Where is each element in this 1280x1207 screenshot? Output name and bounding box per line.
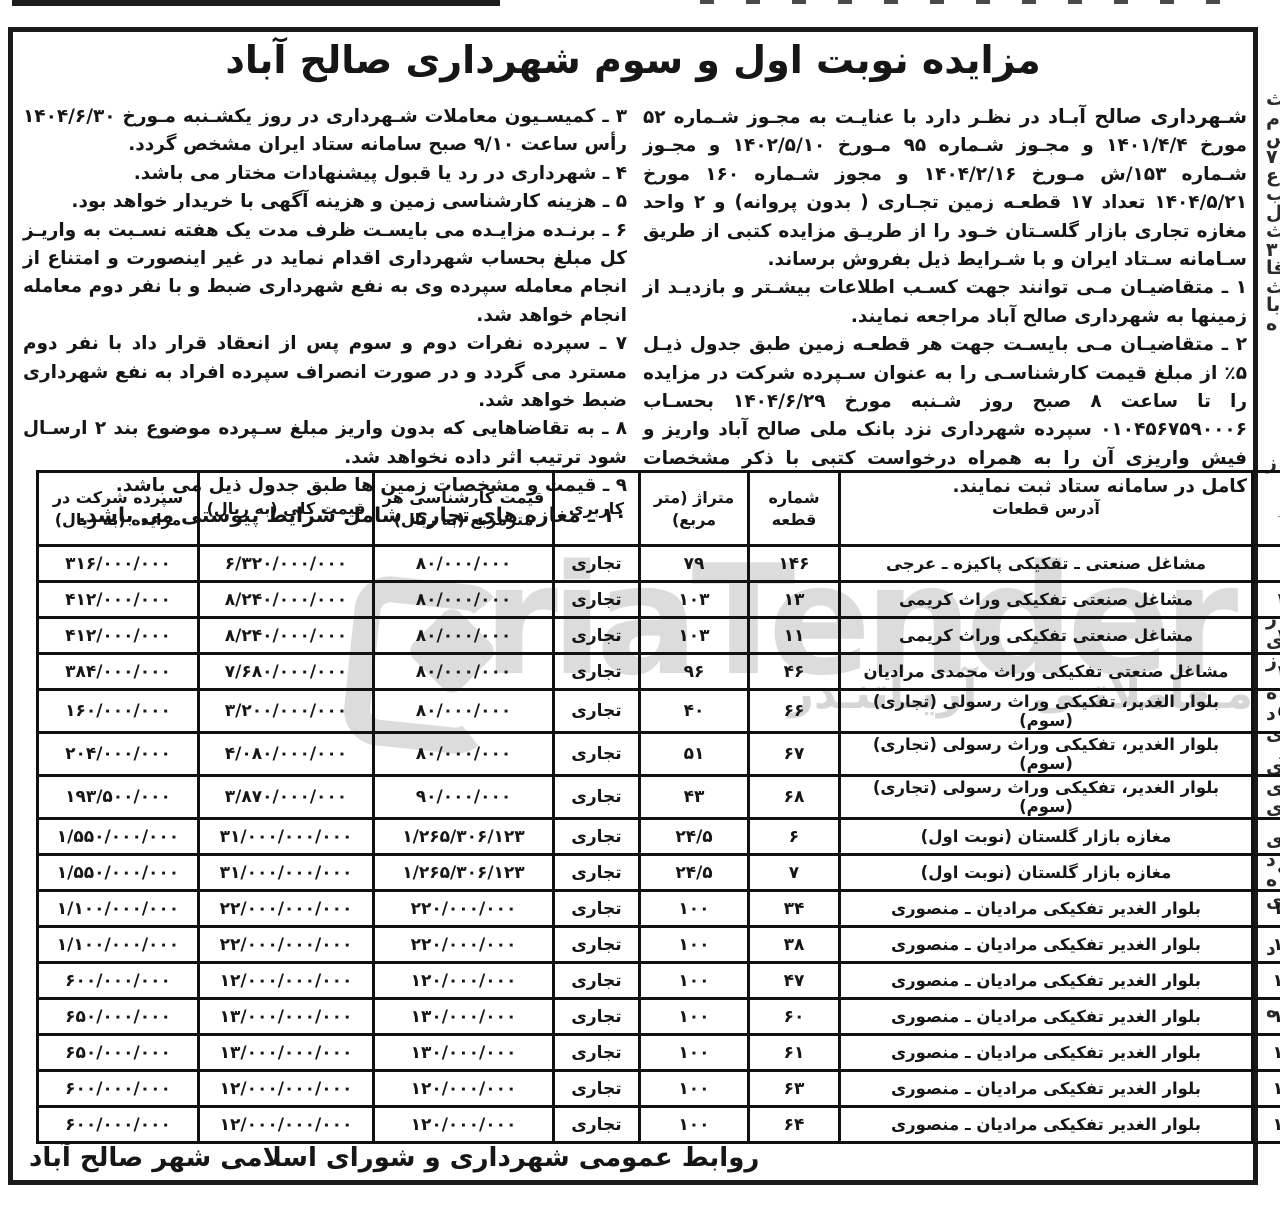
table-cell: ۱۱ [1253, 927, 1280, 963]
table-cell: ۱۲/۰۰۰/۰۰۰/۰۰۰ [199, 1071, 374, 1107]
table-header-address: آدرس قطعات [840, 472, 1253, 546]
table-cell: تجاری [554, 733, 640, 776]
table-row: ۱مشاغل صنعتی ـ تفکیکی پاکیزه ـ عرجی۱۴۶۷۹… [38, 546, 1280, 582]
table-cell: ۶۱ [749, 1035, 840, 1071]
table-cell: تجاری [554, 1071, 640, 1107]
condition-item-5: ۵ ـ هزینه کارشناسی زمین و هزینه آگهی با … [23, 188, 627, 216]
table-row: ۱۶بلوار الغدیر تفکیکی مرادیان ـ منصوری۶۴… [38, 1107, 1280, 1143]
table-header-plot-number: شماره قطعه [749, 472, 840, 546]
condition-item-1: ۱ ـ متقاضیـان مـی توانند جهت کسـب اطلاعا… [643, 274, 1247, 331]
table-cell: ۸۰/۰۰۰/۰۰۰ [374, 582, 554, 618]
table-row: ۷بلوار الغدیر، تفکیکی وراث رسولی (تجاری)… [38, 776, 1280, 819]
table-cell: ۲۲۰/۰۰۰/۰۰۰ [374, 891, 554, 927]
table-cell: ۱۶۰/۰۰۰/۰۰۰ [38, 690, 199, 733]
table-cell: ۵ [1253, 690, 1280, 733]
table-cell: ۱۰۰ [640, 963, 749, 999]
condition-item-4: ۴ ـ شهرداری در رد یا قبول پیشنهادات مختا… [23, 160, 627, 188]
table-row: ۴مشاغل صنعتی تفکیکی وراث محمدی مرادیان۴۶… [38, 654, 1280, 690]
table-cell: مغازه بازار گلستان (نوبت اول) [840, 855, 1253, 891]
table-cell: ۱۲۰/۰۰۰/۰۰۰ [374, 1107, 554, 1143]
table-cell: بلوار الغدیر تفکیکی مرادیان ـ منصوری [840, 999, 1253, 1035]
table-row: ۵بلوار الغدیر، تفکیکی وراث رسولی (تجاری)… [38, 690, 1280, 733]
table-row: ۶بلوار الغدیر، تفکیکی وراث رسولی (تجاری)… [38, 733, 1280, 776]
table-cell: ۳۸ [749, 927, 840, 963]
table-cell: ۱۳۰/۰۰۰/۰۰۰ [374, 1035, 554, 1071]
table-cell: بلوار الغدیر تفکیکی مرادیان ـ منصوری [840, 927, 1253, 963]
table-cell: ۶ [1253, 733, 1280, 776]
table-cell: تجاری [554, 654, 640, 690]
table-cell: ۶ [749, 819, 840, 855]
table-cell: ۳۱/۰۰۰/۰۰۰/۰۰۰ [199, 855, 374, 891]
table-cell: ۲۲/۰۰۰/۰۰۰/۰۰۰ [199, 891, 374, 927]
table-row: ۱۱بلوار الغدیر تفکیکی مرادیان ـ منصوری۳۸… [38, 927, 1280, 963]
table-cell: تجاری [554, 891, 640, 927]
table-cell: ۷/۶۸۰/۰۰۰/۰۰۰ [199, 654, 374, 690]
table-cell: ۴۰ [640, 690, 749, 733]
table-cell: ۱۲/۰۰۰/۰۰۰/۰۰۰ [199, 1107, 374, 1143]
table-cell: ۱/۲۶۵/۳۰۶/۱۲۳ [374, 855, 554, 891]
table-row: ۲مشاغل صنعتی تفکیکی وراث کریمی۱۳۱۰۳تجاری… [38, 582, 1280, 618]
table-cell: ۱۰۰ [640, 891, 749, 927]
table-cell: ۹۶ [640, 654, 749, 690]
table-cell: ۸۰/۰۰۰/۰۰۰ [374, 654, 554, 690]
table-cell: تجاری [554, 963, 640, 999]
intro-paragraph: شـهرداری صالح آبـاد در نظـر دارد با عنای… [643, 103, 1247, 274]
table-cell: ۸/۲۴۰/۰۰۰/۰۰۰ [199, 582, 374, 618]
table-cell: ۴۶ [749, 654, 840, 690]
auction-notice-frame: riaTender مـعاملاتـی آریـاتنـدر مزایده ن… [8, 27, 1258, 1185]
table-cell: ۱۲۰/۰۰۰/۰۰۰ [374, 1071, 554, 1107]
table-cell: ۱/۵۵۰/۰۰۰/۰۰۰ [38, 855, 199, 891]
table-cell: ۶۷ [749, 733, 840, 776]
table-row: ۱۰بلوار الغدیر تفکیکی مرادیان ـ منصوری۳۴… [38, 891, 1280, 927]
margin-text-fragment: ث [1266, 88, 1280, 110]
table-cell: ۱/۲۶۵/۳۰۶/۱۲۳ [374, 819, 554, 855]
table-cell: ۱۰ [1253, 891, 1280, 927]
table-cell: ۳۱/۰۰۰/۰۰۰/۰۰۰ [199, 819, 374, 855]
table-cell: ۱۳/۰۰۰/۰۰۰/۰۰۰ [199, 1035, 374, 1071]
table-header-total-price: قیمت کلی (به ریال) [199, 472, 374, 546]
table-cell: ۲۴/۵ [640, 855, 749, 891]
cropped-text-fragments-top [700, 0, 1220, 4]
table-cell: ۹۰/۰۰۰/۰۰۰ [374, 776, 554, 819]
table-cell: ۳۱۶/۰۰۰/۰۰۰ [38, 546, 199, 582]
table-header-area: متراژ (متر مربع) [640, 472, 749, 546]
table-cell: مشاغل صنعتی تفکیکی وراث کریمی [840, 618, 1253, 654]
table-cell: تجاری [554, 690, 640, 733]
table-cell: ۴۱۲/۰۰۰/۰۰۰ [38, 582, 199, 618]
table-cell: ۱۰۰ [640, 999, 749, 1035]
table-row: ۱۳بلوار الغدیر تفکیکی مرادیان ـ منصوری۶۰… [38, 999, 1280, 1035]
margin-text-fragment: ه [1266, 313, 1277, 335]
table-cell: تجاری [554, 927, 640, 963]
table-cell: بلوار الغدیر تفکیکی مرادیان ـ منصوری [840, 1035, 1253, 1071]
table-cell: مشاغل صنعتی ـ تفکیکی پاکیزه ـ عرجی [840, 546, 1253, 582]
table-cell: ۶۰۰/۰۰۰/۰۰۰ [38, 1071, 199, 1107]
table-cell: ۶۴ [749, 1107, 840, 1143]
table-cell: ۶۰۰/۰۰۰/۰۰۰ [38, 1107, 199, 1143]
table-cell: ۶۵۰/۰۰۰/۰۰۰ [38, 999, 199, 1035]
table-cell: ۱۲ [1253, 963, 1280, 999]
plots-table-head: ردیف آدرس قطعات شماره قطعه متراژ (متر مر… [38, 472, 1280, 546]
table-cell: ۱۳/۰۰۰/۰۰۰/۰۰۰ [199, 999, 374, 1035]
table-cell: ۱ [1253, 546, 1280, 582]
table-cell: تجاری [554, 855, 640, 891]
table-cell: ۶۶ [749, 690, 840, 733]
table-cell: ۶۵۰/۰۰۰/۰۰۰ [38, 1035, 199, 1071]
table-cell: ۱۴۶ [749, 546, 840, 582]
table-cell: تجاری [554, 1035, 640, 1071]
table-cell: تجاری [554, 582, 640, 618]
condition-item-3: ۳ ـ کمیسـیون معاملات شـهرداری در روز یکش… [23, 103, 627, 160]
table-header-usage: کاربری [554, 472, 640, 546]
table-cell: ۶۳ [749, 1071, 840, 1107]
table-cell: ۳/۲۰۰/۰۰۰/۰۰۰ [199, 690, 374, 733]
table-cell: ۸۰/۰۰۰/۰۰۰ [374, 733, 554, 776]
table-row: ۸مغازه بازار گلستان (نوبت اول)۶۲۴/۵تجاری… [38, 819, 1280, 855]
table-cell: ۲۰۴/۰۰۰/۰۰۰ [38, 733, 199, 776]
table-row: ۱۲بلوار الغدیر تفکیکی مرادیان ـ منصوری۴۷… [38, 963, 1280, 999]
table-cell: ۲ [1253, 582, 1280, 618]
table-header-row: ردیف آدرس قطعات شماره قطعه متراژ (متر مر… [38, 472, 1280, 546]
table-cell: ۸/۲۴۰/۰۰۰/۰۰۰ [199, 618, 374, 654]
scanned-auction-notice: { "document": { "title": "مزایده نوبت او… [0, 0, 1280, 1207]
table-cell: ۷۹ [640, 546, 749, 582]
table-cell: بلوار الغدیر، تفکیکی وراث رسولی (تجاری) … [840, 733, 1253, 776]
table-cell: ۱۰۰ [640, 1035, 749, 1071]
table-cell: ۱۰۰ [640, 1107, 749, 1143]
table-cell: ۱۰۰ [640, 927, 749, 963]
intro-lead: شـهرداری صالح آبـاد [1048, 105, 1247, 128]
table-cell: بلوار الغدیر، تفکیکی وراث رسولی (تجاری) … [840, 776, 1253, 819]
plots-table-wrap: ردیف آدرس قطعات شماره قطعه متراژ (متر مر… [36, 470, 1254, 1144]
table-cell: ۸ [1253, 819, 1280, 855]
table-cell: ۳۸۴/۰۰۰/۰۰۰ [38, 654, 199, 690]
table-cell: بلوار الغدیر، تفکیکی وراث رسولی (تجاری) … [840, 690, 1253, 733]
table-cell: تجاری [554, 1107, 640, 1143]
table-cell: تجاری [554, 618, 640, 654]
condition-item-7: ۷ ـ سپرده نفرات دوم و سوم پس از انعقاد ق… [23, 330, 627, 415]
table-cell: ۱/۱۰۰/۰۰۰/۰۰۰ [38, 891, 199, 927]
table-cell: ۳/۸۷۰/۰۰۰/۰۰۰ [199, 776, 374, 819]
table-cell: تجاری [554, 999, 640, 1035]
table-cell: مشاغل صنعتی تفکیکی وراث کریمی [840, 582, 1253, 618]
table-cell: بلوار الغدیر تفکیکی مرادیان ـ منصوری [840, 891, 1253, 927]
table-cell: ۲۲/۰۰۰/۰۰۰/۰۰۰ [199, 927, 374, 963]
cropped-ink-bar [12, 0, 500, 6]
table-cell: ۳۴ [749, 891, 840, 927]
table-cell: ۱۳۰/۰۰۰/۰۰۰ [374, 999, 554, 1035]
table-cell: ۸۰/۰۰۰/۰۰۰ [374, 618, 554, 654]
table-cell: ۱۶ [1253, 1107, 1280, 1143]
table-cell: مغازه بازار گلستان (نوبت اول) [840, 819, 1253, 855]
table-cell: ۳ [1253, 618, 1280, 654]
table-cell: ۷ [749, 855, 840, 891]
table-cell: ۴/۰۸۰/۰۰۰/۰۰۰ [199, 733, 374, 776]
table-row: ۱۴بلوار الغدیر تفکیکی مرادیان ـ منصوری۶۱… [38, 1035, 1280, 1071]
table-cell: ۱۵ [1253, 1071, 1280, 1107]
table-cell: ۱۳ [1253, 999, 1280, 1035]
table-cell: ۱۳ [749, 582, 840, 618]
table-cell: ۶۰ [749, 999, 840, 1035]
table-cell: ۲۲۰/۰۰۰/۰۰۰ [374, 927, 554, 963]
table-cell: ۱۹۳/۵۰۰/۰۰۰ [38, 776, 199, 819]
plots-table-body: ۱مشاغل صنعتی ـ تفکیکی پاکیزه ـ عرجی۱۴۶۷۹… [38, 546, 1280, 1143]
table-cell: ۱/۱۰۰/۰۰۰/۰۰۰ [38, 927, 199, 963]
table-cell: ۱/۵۵۰/۰۰۰/۰۰۰ [38, 819, 199, 855]
table-cell: ۴۳ [640, 776, 749, 819]
table-header-deposit: سپرده شرکت در مزایده (به ریال) [38, 472, 199, 546]
table-cell: تجاری [554, 776, 640, 819]
table-cell: ۶۸ [749, 776, 840, 819]
body-column-left: ۳ ـ کمیسـیون معاملات شـهرداری در روز یکش… [23, 103, 627, 529]
table-cell: تجاری [554, 546, 640, 582]
table-cell: بلوار الغدیر تفکیکی مرادیان ـ منصوری [840, 963, 1253, 999]
table-cell: ۶۰۰/۰۰۰/۰۰۰ [38, 963, 199, 999]
table-row: ۱۵بلوار الغدیر تفکیکی مرادیان ـ منصوری۶۳… [38, 1071, 1280, 1107]
table-cell: ۴۷ [749, 963, 840, 999]
table-cell: ۴ [1253, 654, 1280, 690]
table-cell: بلوار الغدیر تفکیکی مرادیان ـ منصوری [840, 1107, 1253, 1143]
table-cell: ۱۰۳ [640, 582, 749, 618]
table-cell: ۴۱۲/۰۰۰/۰۰۰ [38, 618, 199, 654]
table-row: ۹مغازه بازار گلستان (نوبت اول)۷۲۴/۵تجاری… [38, 855, 1280, 891]
table-cell: ۱۴ [1253, 1035, 1280, 1071]
page-title: مزایده نوبت اول و سوم شهرداری صالح آباد [13, 38, 1253, 82]
table-cell: ۵۱ [640, 733, 749, 776]
table-cell: ۸۰/۰۰۰/۰۰۰ [374, 546, 554, 582]
condition-item-8: ۸ ـ به تقاضاهایی که بدون واریز مبلغ سـپر… [23, 415, 627, 472]
notice-body: شـهرداری صالح آبـاد در نظـر دارد با عنای… [23, 103, 1247, 529]
table-cell: مشاغل صنعتی تفکیکی وراث محمدی مرادیان [840, 654, 1253, 690]
table-cell: ۱۰۳ [640, 618, 749, 654]
table-cell: بلوار الغدیر تفکیکی مرادیان ـ منصوری [840, 1071, 1253, 1107]
table-cell: تجاری [554, 819, 640, 855]
body-column-right: شـهرداری صالح آبـاد در نظـر دارد با عنای… [643, 103, 1247, 529]
table-header-price-per-sqm: قیمت کارشناسی هر مترمربع (به ریال) [374, 472, 554, 546]
table-row: ۳مشاغل صنعتی تفکیکی وراث کریمی۱۱۱۰۳تجاری… [38, 618, 1280, 654]
table-cell: ۷ [1253, 776, 1280, 819]
table-header-row-number: ردیف [1253, 472, 1280, 546]
table-cell: ۱۲۰/۰۰۰/۰۰۰ [374, 963, 554, 999]
table-cell: ۲۴/۵ [640, 819, 749, 855]
table-cell: ۸۰/۰۰۰/۰۰۰ [374, 690, 554, 733]
intro-rest: در نظـر دارد با عنایـت به مجـوز شـماره ۵… [643, 107, 1247, 270]
table-cell: ۱۱ [749, 618, 840, 654]
plots-table: ردیف آدرس قطعات شماره قطعه متراژ (متر مر… [36, 470, 1280, 1144]
table-cell: ۱۲/۰۰۰/۰۰۰/۰۰۰ [199, 963, 374, 999]
condition-item-6: ۶ ـ برنـده مزایـده می بایسـت ظرف مدت یک … [23, 217, 627, 331]
table-cell: ۱۰۰ [640, 1071, 749, 1107]
table-cell: ۹ [1253, 855, 1280, 891]
table-cell: ۶/۳۲۰/۰۰۰/۰۰۰ [199, 546, 374, 582]
